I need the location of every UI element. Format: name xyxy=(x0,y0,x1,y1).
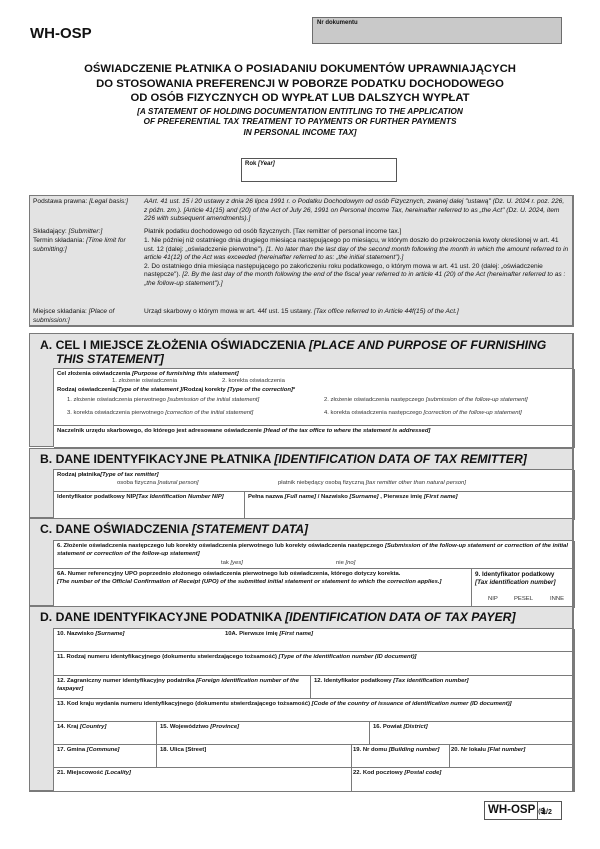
field-6-option-no[interactable]: nie [no] xyxy=(336,560,355,568)
section-d-body: 10. Nazwisko [Surname] 10A. Pierwsze imi… xyxy=(53,628,572,791)
field-9-option-nip[interactable]: NIP xyxy=(488,595,498,603)
place-key: Miejsce składania: [Place of submission:… xyxy=(33,308,135,325)
field-6-cell: 6. Złożenie oświadczenia następczego lub… xyxy=(54,541,575,569)
page-footer: WH-OSP (5) 1/2 xyxy=(484,801,562,820)
form-title: OŚWIADCZENIE PŁATNIKA O POSIADANIU DOKUM… xyxy=(30,62,570,137)
page-number: 1/2 xyxy=(541,806,552,816)
section-a-body: Cel złożenia oświadczenia [Purpose of fu… xyxy=(53,368,572,447)
purpose-option-1[interactable]: 1. złożenie oświadczenia xyxy=(112,378,177,386)
title-pl-line-2: DO STOSOWANIA PREFERENCJI W POBORZE PODA… xyxy=(30,77,570,92)
field-22-postal-code[interactable]: 22. Kod pocztowy [Postal code] xyxy=(352,768,575,792)
info-panel: Podstawa prawna: [Legal basis:] AArt. 41… xyxy=(29,195,574,327)
title-en-line-2: OF PREFERENTIAL TAX TREATMENT TO PAYMENT… xyxy=(30,116,570,127)
field-12-tax-id[interactable]: 12. Identyfikator podatkowy [Tax identif… xyxy=(311,676,575,699)
field-10-surname[interactable]: 10. Nazwisko [Surname] 10A. Pierwsze imi… xyxy=(54,629,575,652)
title-en-line-3: IN PERSONAL INCOME TAX] xyxy=(30,127,570,138)
place-value: Urząd skarbowy o którym mowa w art. 44f … xyxy=(144,308,569,317)
section-c-title: C. DANE OŚWIADCZENIA [STATEMENT DATA] xyxy=(30,519,572,536)
field-9-option-pesel[interactable]: PESEL xyxy=(514,595,533,603)
nip-field[interactable]: Identyfikator podatkowy NIP[Tax Identifi… xyxy=(54,492,245,520)
title-en-line-1: [A STATEMENT OF HOLDING DOCUMENTATION EN… xyxy=(30,106,570,117)
deadline-value: 1. Nie później niż ostatniego dnia drugi… xyxy=(144,237,569,288)
year-field[interactable]: Rok [Year] xyxy=(241,158,397,182)
field-10a-first-name[interactable]: 10A. Pierwsze imię [First name] xyxy=(225,631,313,639)
field-9-option-inne[interactable]: INNE xyxy=(550,595,564,603)
form-code: WH-OSP xyxy=(30,25,92,42)
field-18-street[interactable]: 18. Ulica [Street] xyxy=(157,745,352,768)
footer-divider xyxy=(537,802,538,819)
section-a-title: A. CEL I MIEJSCE ZŁOŻENIA OŚWIADCZENIA [… xyxy=(30,334,572,366)
document-number-field[interactable]: Nr dokumentu xyxy=(312,17,562,44)
full-name-field[interactable]: Pełna nazwa [Full name] / Nazwisko [Surn… xyxy=(245,492,575,520)
purpose-type-cell: Cel złożenia oświadczenia [Purpose of fu… xyxy=(54,369,575,426)
remitter-type-cell: Rodzaj płatnika[Type of tax remitter] os… xyxy=(54,470,575,492)
field-9-tax-id: 9. Identyfikator podatkowy[Tax identific… xyxy=(472,569,575,608)
section-d: D. DANE IDENTYFIKACYJNE PODATNIKA [IDENT… xyxy=(29,606,574,792)
field-12-foreign-id[interactable]: 12. Zagraniczny numer identyfikacyjny po… xyxy=(54,676,311,699)
field-21-locality[interactable]: 21. Miejscowość [Locality] xyxy=(54,768,352,792)
field-6-label: 6. Złożenie oświadczenia następczego lub… xyxy=(57,543,571,558)
field-13-country-code[interactable]: 13. Kod kraju wydania numeru identyfikac… xyxy=(54,699,575,722)
year-label: Rok [Year] xyxy=(245,161,275,167)
section-b: B. DANE IDENTYFIKACYJNE PŁATNIKA [IDENTI… xyxy=(29,448,574,518)
submitter-key: Składający: [Submitter:] xyxy=(33,228,135,237)
remitter-option-other[interactable]: płatnik niebędący osobą fizyczną [tax re… xyxy=(278,480,466,488)
type-option-4[interactable]: 4. korekta oświadczenia następczego [cor… xyxy=(324,410,522,418)
field-20-flat-number[interactable]: 20. Nr lokalu [Flat number] xyxy=(450,745,575,768)
field-6-option-yes[interactable]: tak [yes] xyxy=(221,560,243,568)
legal-basis-key: Podstawa prawna: [Legal basis:] xyxy=(33,198,135,207)
type-option-1[interactable]: 1. złożenie oświadczenia pierwotnego [su… xyxy=(67,397,259,405)
field-19-building-number[interactable]: 19. Nr domu [Building number] xyxy=(352,745,450,768)
tax-office-field[interactable]: Naczelnik urzędu skarbowego, do którego … xyxy=(54,426,575,448)
legal-basis-value: AArt. 41 ust. 15 i 20 ustawy z dnia 26 l… xyxy=(144,198,569,224)
field-6a-upo-number[interactable]: 6A. Numer referencyjny UPO poprzednio zł… xyxy=(54,569,472,608)
type-option-3[interactable]: 3. korekta oświadczenia pierwotnego [cor… xyxy=(67,410,253,418)
remitter-type-label: Rodzaj płatnika[Type of tax remitter] xyxy=(57,472,571,480)
section-b-title: B. DANE IDENTYFIKACYJNE PŁATNIKA [IDENTI… xyxy=(30,449,572,466)
deadline-key: Termin składania: [Time limit for submit… xyxy=(33,237,135,254)
purpose-option-2[interactable]: 2. korekta oświadczenia xyxy=(222,378,285,386)
submitter-value: Płatnik podatku dochodowego od osób fizy… xyxy=(144,228,569,237)
section-c-body: 6. Złożenie oświadczenia następczego lub… xyxy=(53,540,572,607)
field-16-district[interactable]: 16. Powiat [District] xyxy=(370,722,575,745)
type-option-2[interactable]: 2. złożenie oświadczenia następczego [su… xyxy=(324,397,528,405)
field-15-province[interactable]: 15. Województwo [Province] xyxy=(157,722,370,745)
remitter-option-natural[interactable]: osoba fizyczna [natural person] xyxy=(117,480,199,488)
type-label: Rodzaj oświadczenia[Type of the statemen… xyxy=(57,387,295,395)
field-14-country[interactable]: 14. Kraj [Country] xyxy=(54,722,157,745)
section-c: C. DANE OŚWIADCZENIA [STATEMENT DATA] 6.… xyxy=(29,518,574,606)
document-number-label: Nr dokumentu xyxy=(317,20,358,26)
title-pl-line-3: OD OSÓB FIZYCZNYCH OD WYPŁAT LUB DALSZYC… xyxy=(30,91,570,106)
section-a: A. CEL I MIEJSCE ZŁOŻENIA OŚWIADCZENIA [… xyxy=(29,333,574,447)
field-17-commune[interactable]: 17. Gmina [Commune] xyxy=(54,745,157,768)
section-b-body: Rodzaj płatnika[Type of tax remitter] os… xyxy=(53,469,572,519)
title-pl-line-1: OŚWIADCZENIE PŁATNIKA O POSIADANIU DOKUM… xyxy=(30,62,570,77)
section-d-title: D. DANE IDENTYFIKACYJNE PODATNIKA [IDENT… xyxy=(30,607,572,624)
field-11-id-type[interactable]: 11. Rodzaj numeru identyfikacyjnego (dok… xyxy=(54,652,575,676)
